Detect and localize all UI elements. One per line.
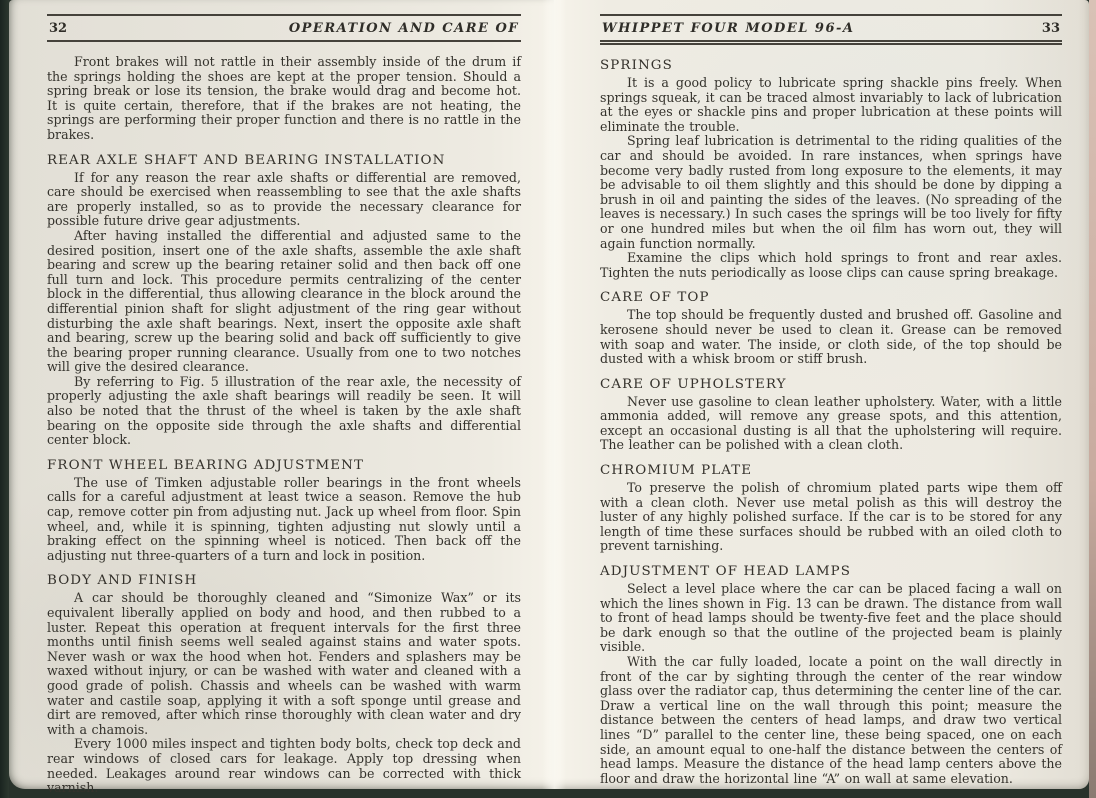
- paragraph: Examine the clips which hold springs to …: [600, 251, 1062, 280]
- section: BODY AND FINISHA car should be thoroughl…: [47, 573, 521, 795]
- book-edge-shadow: [0, 0, 9, 798]
- paragraph: Spring leaf lubrication is detrimental t…: [600, 134, 1062, 251]
- running-title-right: WHIPPET FOUR MODEL 96-A: [602, 21, 854, 36]
- paragraph: The top should be frequently dusted and …: [600, 308, 1062, 366]
- paragraph: Never use gasoline to clean leather upho…: [600, 395, 1062, 453]
- section: Front brakes will not rattle in their as…: [47, 55, 521, 143]
- paragraph: Front brakes will not rattle in their as…: [47, 55, 521, 143]
- photo-edge-strip: [1089, 0, 1096, 798]
- page-number-right: 33: [1042, 21, 1060, 36]
- running-title-left: OPERATION AND CARE OF: [289, 21, 519, 36]
- running-header-left: 32 OPERATION AND CARE OF: [47, 14, 521, 42]
- section-heading: ADJUSTMENT OF HEAD LAMPS: [600, 564, 1062, 579]
- left-page-body: Front brakes will not rattle in their as…: [47, 55, 521, 796]
- left-page: 32 OPERATION AND CARE OF Front brakes wi…: [9, 0, 554, 789]
- section: CARE OF UPHOLSTERYNever use gasoline to …: [600, 377, 1062, 453]
- paragraph: After having installed the differential …: [47, 229, 521, 375]
- running-header-right: WHIPPET FOUR MODEL 96-A 33: [600, 14, 1062, 45]
- section-heading: REAR AXLE SHAFT AND BEARING INSTALLATION: [47, 153, 521, 168]
- paragraph: A car should be thoroughly cleaned and “…: [47, 591, 521, 737]
- paragraph: To preserve the polish of chromium plate…: [600, 481, 1062, 554]
- section: REAR AXLE SHAFT AND BEARING INSTALLATION…: [47, 153, 521, 448]
- paragraph: The use of Timken adjustable roller bear…: [47, 476, 521, 564]
- paragraph: Every 1000 miles inspect and tighten bod…: [47, 737, 521, 795]
- right-page-body: SPRINGSIt is a good policy to lubricate …: [600, 58, 1062, 786]
- page-number-left: 32: [49, 21, 67, 36]
- section: CARE OF TOPThe top should be frequently …: [600, 290, 1062, 366]
- section: FRONT WHEEL BEARING ADJUSTMENTThe use of…: [47, 458, 521, 564]
- section: CHROMIUM PLATETo preserve the polish of …: [600, 463, 1062, 554]
- scanned-book-spread: { "colors": { "page_paper": "#eae7de", "…: [0, 0, 1096, 798]
- section-heading: CARE OF UPHOLSTERY: [600, 377, 1062, 392]
- paragraph: It is a good policy to lubricate spring …: [600, 76, 1062, 134]
- section-heading: SPRINGS: [600, 58, 1062, 73]
- section-heading: FRONT WHEEL BEARING ADJUSTMENT: [47, 458, 521, 473]
- paragraph: With the car fully loaded, locate a poin…: [600, 655, 1062, 786]
- right-page: WHIPPET FOUR MODEL 96-A 33 SPRINGSIt is …: [554, 0, 1089, 789]
- paragraph: By referring to Fig. 5 illustration of t…: [47, 375, 521, 448]
- section: SPRINGSIt is a good policy to lubricate …: [600, 58, 1062, 280]
- book-spread: 32 OPERATION AND CARE OF Front brakes wi…: [9, 0, 1089, 789]
- paragraph: Select a level place where the car can b…: [600, 582, 1062, 655]
- section-heading: BODY AND FINISH: [47, 573, 521, 588]
- section-heading: CHROMIUM PLATE: [600, 463, 1062, 478]
- section: ADJUSTMENT OF HEAD LAMPSSelect a level p…: [600, 564, 1062, 786]
- section-heading: CARE OF TOP: [600, 290, 1062, 305]
- paragraph: If for any reason the rear axle shafts o…: [47, 171, 521, 229]
